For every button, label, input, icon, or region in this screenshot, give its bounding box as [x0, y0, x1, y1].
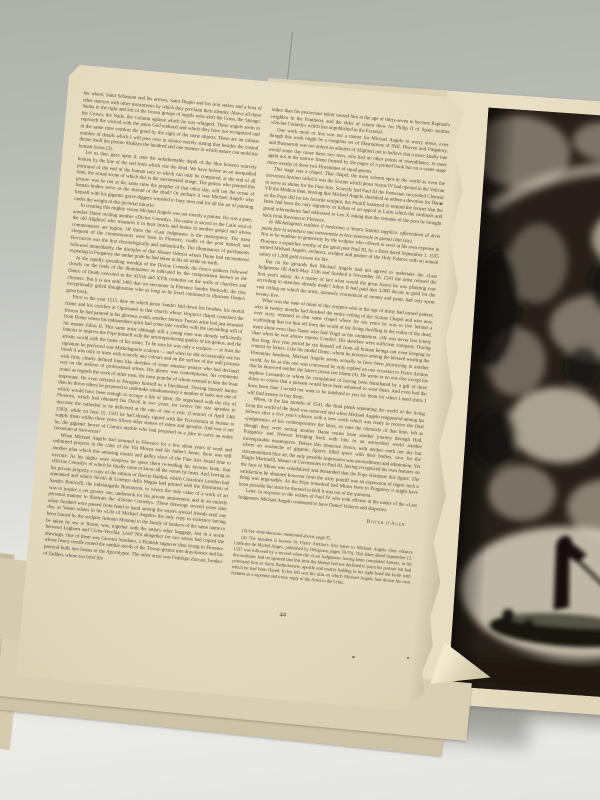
paragraph: What was the state of mind of this sculp… [247, 298, 434, 412]
foxing-speck [440, 203, 442, 205]
footnotes: (3) See «Introduction» mentioned above, … [231, 527, 414, 591]
text-block: her wheel, Saint Sebastian and his arrow… [43, 91, 451, 592]
foxing-speck [407, 657, 409, 659]
foxing-speck [352, 656, 355, 658]
page-number: 44 [258, 609, 308, 620]
right-column-rest: Not to be outdone in generosity by the s… [237, 233, 439, 518]
paragraph: When, in the last months of 1541, the fi… [239, 397, 425, 505]
paragraph: Prior to the year 1515, date on which pi… [54, 295, 244, 449]
last-judgment-plate-image [448, 108, 600, 702]
fresco-plate-art [448, 108, 600, 702]
right-text-column: rather than his precocious talent caused… [231, 108, 450, 593]
book-photo: her wheel, Saint Sebastian and his arrow… [0, 0, 600, 800]
left-text-column: her wheel, Saint Sebastian and his arrow… [43, 91, 262, 576]
paragraph: When Michael Angelo had returned to Flor… [43, 433, 232, 573]
right-column-intro: rather than his precocious talent caused… [262, 108, 450, 235]
